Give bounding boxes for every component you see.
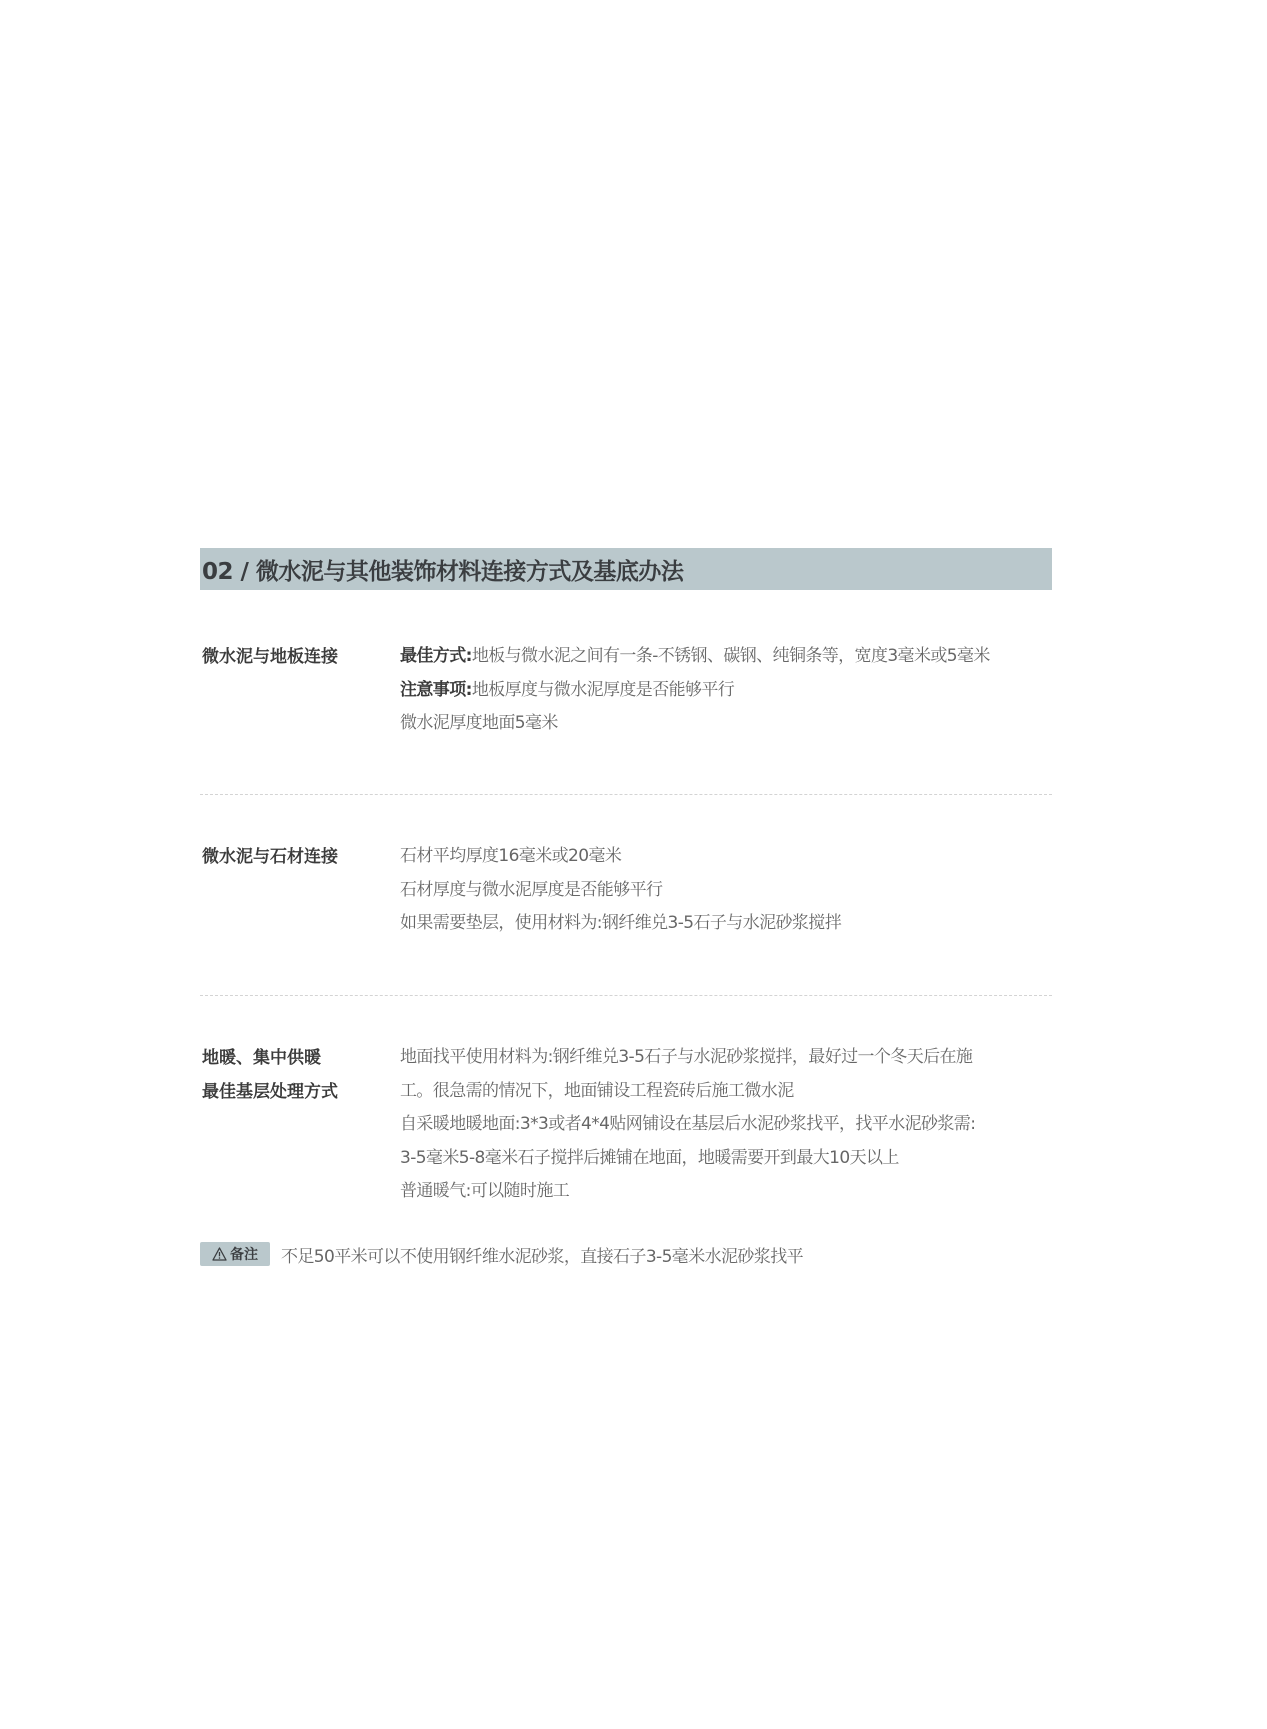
line-prefix-best-method: 最佳方式:: [400, 646, 472, 666]
dashed-divider: [200, 995, 1052, 996]
row-label: 微水泥与石材连接: [202, 840, 392, 874]
row-label-line: 微水泥与地板连接: [202, 640, 392, 674]
row-label-line: 最佳基层处理方式: [202, 1075, 392, 1109]
content-line: 自采暖地暖地面:3*3或者4*4贴网铺设在基层后水泥砂浆找平，找平水泥砂浆需:: [400, 1108, 1052, 1142]
note-badge-label: 备注: [230, 1244, 258, 1264]
content-line: 普通暖气:可以随时施工: [400, 1175, 1052, 1209]
row-content: 地面找平使用材料为:钢纤维兑3-5石子与水泥砂浆搅拌，最好过一个冬天后在施 工。…: [400, 1041, 1052, 1209]
content-line: 最佳方式:地板与微水泥之间有一条-不锈钢、碳钢、纯铜条等，宽度3毫米或5毫米: [400, 640, 1052, 674]
line-text: 微水泥厚度地面5毫米: [400, 713, 558, 733]
note-text: 不足50平米可以不使用钢纤维水泥砂浆，直接石子3-5毫米水泥砂浆找平: [281, 1242, 803, 1267]
line-text: 如果需要垫层，使用材料为:钢纤维兑3-5石子与水泥砂浆搅拌: [400, 913, 841, 933]
content-line: 工。很急需的情况下，地面铺设工程瓷砖后施工微水泥: [400, 1075, 1052, 1109]
content-line: 3-5毫米5-8毫米石子搅拌后摊铺在地面，地暖需要开到最大10天以上: [400, 1142, 1052, 1176]
line-text: 石材平均厚度16毫米或20毫米: [400, 846, 621, 866]
content-line: 石材平均厚度16毫米或20毫米: [400, 840, 1052, 874]
line-prefix-notes: 注意事项:: [400, 680, 472, 700]
line-text: 地面找平使用材料为:钢纤维兑3-5石子与水泥砂浆搅拌，最好过一个冬天后在施: [400, 1047, 972, 1067]
line-text: 地板与微水泥之间有一条-不锈钢、碳钢、纯铜条等，宽度3毫米或5毫米: [472, 646, 990, 666]
line-text: 普通暖气:可以随时施工: [400, 1181, 569, 1201]
warning-triangle-icon: [212, 1247, 227, 1261]
content-line: 石材厚度与微水泥厚度是否能够平行: [400, 874, 1052, 908]
content-line: 地面找平使用材料为:钢纤维兑3-5石子与水泥砂浆搅拌，最好过一个冬天后在施: [400, 1041, 1052, 1075]
content-line: 微水泥厚度地面5毫米: [400, 707, 1052, 741]
content-line: 如果需要垫层，使用材料为:钢纤维兑3-5石子与水泥砂浆搅拌: [400, 907, 1052, 941]
row-content: 最佳方式:地板与微水泥之间有一条-不锈钢、碳钢、纯铜条等，宽度3毫米或5毫米 注…: [400, 640, 1052, 741]
line-text: 3-5毫米5-8毫米石子搅拌后摊铺在地面，地暖需要开到最大10天以上: [400, 1148, 899, 1168]
section-header-bar: 02 / 微水泥与其他装饰材料连接方式及基底办法: [200, 548, 1052, 590]
line-text: 工。很急需的情况下，地面铺设工程瓷砖后施工微水泥: [400, 1081, 794, 1101]
line-text: 地板厚度与微水泥厚度是否能够平行: [472, 680, 734, 700]
row-label-line: 地暖、集中供暖: [202, 1041, 392, 1075]
content-line: 注意事项:地板厚度与微水泥厚度是否能够平行: [400, 674, 1052, 708]
note-badge: 备注: [200, 1242, 270, 1266]
row-label: 微水泥与地板连接: [202, 640, 392, 674]
row-label-line: 微水泥与石材连接: [202, 840, 392, 874]
row-content: 石材平均厚度16毫米或20毫米 石材厚度与微水泥厚度是否能够平行 如果需要垫层，…: [400, 840, 1052, 941]
section-title: 02 / 微水泥与其他装饰材料连接方式及基底办法: [202, 553, 683, 586]
line-text: 石材厚度与微水泥厚度是否能够平行: [400, 880, 662, 900]
dashed-divider: [200, 794, 1052, 795]
row-label: 地暖、集中供暖 最佳基层处理方式: [202, 1041, 392, 1109]
line-text: 自采暖地暖地面:3*3或者4*4贴网铺设在基层后水泥砂浆找平，找平水泥砂浆需:: [400, 1114, 975, 1134]
note: 备注 不足50平米可以不使用钢纤维水泥砂浆，直接石子3-5毫米水泥砂浆找平: [200, 1242, 803, 1266]
